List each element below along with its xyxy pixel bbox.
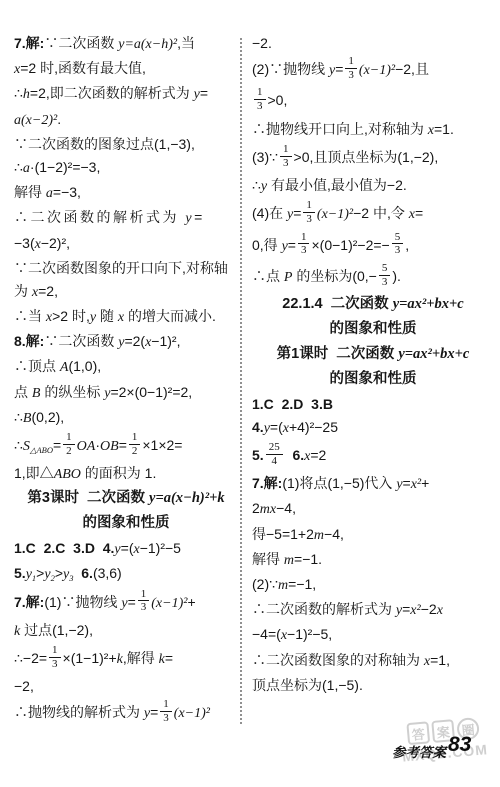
bold-run: 第3课时 二次函数 bbox=[27, 490, 149, 506]
text-run bbox=[95, 540, 103, 556]
math-run: (x−1)² bbox=[359, 63, 395, 78]
text-run: ∴顶点 bbox=[14, 358, 60, 374]
math-run: a(x−2)² bbox=[14, 113, 57, 128]
answer-line: 4.y=(x+4)²−25 bbox=[252, 418, 494, 438]
math-run: y=a(x−h)² bbox=[118, 37, 177, 52]
text-run: ,解得 bbox=[123, 650, 159, 666]
answer-line: ∵二次函数的图象过点(1,−3), bbox=[14, 135, 238, 153]
answer-line: 7.解:∵二次函数 y=a(x−h)²,当 bbox=[14, 34, 238, 54]
answer-line: ∴抛物线的解析式为 y=13(x−1)² bbox=[14, 700, 238, 726]
text-run bbox=[65, 540, 73, 556]
answer-line: ∴当 x>2 时,y 随 x 的增大而减小. bbox=[14, 307, 238, 327]
fraction: 12 bbox=[129, 431, 141, 457]
answer-line: ∴抛物线开口向上,对称轴为 x=1. bbox=[252, 120, 494, 140]
fraction-numerator: 25 bbox=[266, 441, 283, 455]
bold-run: 22.1.4 二次函数 bbox=[282, 296, 392, 312]
text-run: ×(0−1)²−2=− bbox=[311, 237, 389, 253]
text-run: ·(1−2)²=−3, bbox=[30, 159, 100, 175]
math-run: y=ax²+bx+c bbox=[398, 346, 469, 362]
fraction-numerator: 1 bbox=[138, 588, 150, 602]
footer-label: 参考答案 bbox=[392, 741, 446, 761]
bold-run: 的图象和性质 bbox=[330, 321, 417, 337]
text-run: = bbox=[165, 650, 173, 666]
text-run: =1, bbox=[430, 652, 450, 668]
text-run: =1. bbox=[434, 121, 454, 137]
column-divider bbox=[240, 38, 242, 724]
math-run: ABO bbox=[54, 467, 81, 482]
fraction: 12 bbox=[63, 431, 75, 457]
text-run: = bbox=[288, 237, 296, 253]
fraction: 13 bbox=[298, 231, 310, 257]
fraction: 53 bbox=[392, 231, 404, 257]
answer-line: (3)∵13>0,且顶点坐标为(1,−2), bbox=[252, 145, 494, 171]
section-heading: 的图象和性质 bbox=[252, 370, 494, 389]
text-run: 0,得 bbox=[252, 237, 282, 253]
text-run: −2,且 bbox=[395, 61, 429, 77]
text-run: = bbox=[194, 209, 205, 225]
answer-line: ∵二次函数图象的开口向下,对称轴 bbox=[14, 259, 238, 277]
text-run: (1,0), bbox=[68, 358, 101, 374]
fraction-numerator: 1 bbox=[49, 644, 61, 658]
answer-line: 5.y1>y2>y3 6.(3,6) bbox=[14, 564, 238, 584]
bold-run: 4. bbox=[252, 419, 264, 435]
section-heading: 第3课时 二次函数 y=a(x−h)²+k bbox=[14, 489, 238, 508]
text-run: ×(1−1)²+ bbox=[63, 650, 117, 666]
bold-run: 1.C bbox=[252, 396, 274, 412]
fraction-denominator: 3 bbox=[392, 244, 404, 257]
fraction-denominator: 3 bbox=[303, 213, 315, 226]
fraction-denominator: 3 bbox=[379, 276, 391, 289]
text-run: −4, bbox=[324, 526, 344, 542]
bold-run: 3.D bbox=[73, 540, 95, 556]
answer-line: (4)在 y=13(x−1)²−2 中,令 x= bbox=[252, 201, 494, 227]
math-run: m bbox=[278, 578, 288, 593]
text-run: −4, bbox=[276, 500, 296, 516]
text-run: ∴抛物线的解析式为 bbox=[14, 704, 144, 720]
fraction-numerator: 1 bbox=[345, 55, 357, 69]
text-run: = bbox=[293, 205, 301, 221]
fraction-denominator: 3 bbox=[138, 601, 150, 614]
bold-run: 7.解: bbox=[14, 35, 44, 51]
math-run: a bbox=[46, 186, 53, 201]
fraction: 13 bbox=[254, 86, 266, 112]
text-run: = bbox=[403, 475, 411, 491]
fraction: 13 bbox=[280, 143, 292, 169]
text-run: (1)将点(1,−5)代入 bbox=[282, 475, 396, 491]
text-run: 解得 bbox=[252, 551, 284, 567]
math-run: y=a(x−h)²+k bbox=[149, 490, 225, 506]
text-run: (1)∵抛物线 bbox=[44, 593, 121, 609]
text-run: 解得 bbox=[14, 184, 46, 200]
text-run: ×1×2= bbox=[142, 437, 182, 453]
bold-run: 6. bbox=[81, 565, 93, 581]
answer-line: −4=(x−1)²−5, bbox=[252, 625, 494, 645]
text-run: −1)²−5 bbox=[140, 540, 181, 556]
answer-line: 1.C 2.D 3.B bbox=[252, 395, 494, 413]
text-run: ∴−2= bbox=[14, 650, 47, 666]
bold-run: 7.解: bbox=[14, 593, 44, 609]
text-run: =2 时,函数有最大值, bbox=[20, 60, 146, 76]
text-run: = bbox=[53, 437, 61, 453]
answer-line: 顶点坐标为(1,−5). bbox=[252, 676, 494, 694]
text-run: ∴二次函数的解析式为 bbox=[14, 209, 185, 225]
text-run: 的面积为 1. bbox=[81, 465, 156, 481]
text-run: = bbox=[200, 85, 208, 101]
text-run: ∴抛物线开口向上,对称轴为 bbox=[252, 121, 428, 137]
answer-line: 2mx−4, bbox=[252, 499, 494, 519]
fraction-denominator: 3 bbox=[254, 100, 266, 113]
bold-run: 5. bbox=[252, 447, 264, 463]
text-run: =−1, bbox=[288, 576, 316, 592]
answer-line: ∴B(0,2), bbox=[14, 408, 238, 428]
text-run: >2 时, bbox=[52, 308, 90, 324]
text-run: 点 bbox=[14, 384, 32, 400]
answers-column-right: −2.(2)∵抛物线 y=13(x−1)²−2,且13>0,∴抛物线开口向上,对… bbox=[252, 34, 494, 699]
fraction-denominator: 3 bbox=[160, 712, 172, 725]
fraction: 13 bbox=[49, 644, 61, 670]
answer-line: k 过点(1,−2), bbox=[14, 621, 238, 641]
fraction-numerator: 1 bbox=[303, 199, 315, 213]
text-run: = bbox=[150, 704, 158, 720]
fraction: 13 bbox=[345, 55, 357, 81]
answer-line: ∴−2=13×(1−1)²+k,解得 k= bbox=[14, 646, 238, 672]
text-run: ∴二次函数图象的对称轴为 bbox=[252, 652, 424, 668]
text-run: + bbox=[421, 475, 429, 491]
text-run: + bbox=[187, 593, 195, 609]
bold-run: 6. bbox=[292, 447, 304, 463]
text-run: =2, bbox=[38, 283, 58, 299]
text-run: =2,即二次函数的解析式为 bbox=[30, 85, 194, 101]
text-run: (0,2), bbox=[31, 409, 64, 425]
answer-line: 为 x=2, bbox=[14, 282, 238, 302]
text-run: 的纵坐标 bbox=[40, 384, 104, 400]
fraction-denominator: 3 bbox=[298, 244, 310, 257]
answer-line: a(x−2)². bbox=[14, 110, 238, 130]
math-run: y bbox=[185, 211, 194, 226]
text-run: 随 bbox=[96, 308, 118, 324]
fraction: 13 bbox=[303, 199, 315, 225]
answer-line: −2, bbox=[14, 677, 238, 695]
answer-line: 1,即△ABO 的面积为 1. bbox=[14, 464, 238, 484]
fraction: 53 bbox=[379, 262, 391, 288]
text-run: (4)在 bbox=[252, 205, 287, 221]
text-run: ∴点 bbox=[252, 268, 284, 284]
text-run: ∴ bbox=[14, 85, 23, 101]
page-number: 83 bbox=[448, 733, 471, 757]
math-run: y=ax²+bx+c bbox=[393, 296, 464, 312]
bold-run: 2.C bbox=[44, 540, 66, 556]
answer-line: ∴S△ABO=12OA·OB=12×1×2= bbox=[14, 433, 238, 459]
text-run: −2. bbox=[252, 35, 272, 51]
fraction-numerator: 5 bbox=[392, 231, 404, 245]
text-run: −2)², bbox=[41, 235, 70, 251]
text-run: 为 bbox=[14, 283, 32, 299]
text-run bbox=[303, 396, 311, 412]
text-run: 顶点坐标为(1,−5). bbox=[252, 677, 363, 693]
math-run: x bbox=[437, 603, 443, 618]
section-heading: 的图象和性质 bbox=[14, 514, 238, 533]
text-run: (2)∵抛物线 bbox=[252, 61, 329, 77]
text-run: =2×(0−1)²=2, bbox=[110, 384, 192, 400]
text-run: =( bbox=[121, 540, 134, 556]
math-run: x² bbox=[411, 477, 421, 492]
text-run: . bbox=[57, 111, 61, 127]
text-run: ∵二次函数 bbox=[44, 35, 118, 51]
text-run: −1)²−5, bbox=[287, 626, 332, 642]
text-run: 过点(1,−2), bbox=[20, 622, 93, 638]
text-run: ∴二次函数的解析式为 bbox=[252, 601, 396, 617]
text-run: −3( bbox=[14, 235, 35, 251]
answer-line: ∴y 有最小值,最小值为−2. bbox=[252, 176, 494, 196]
answer-line: 7.解:(1)∵抛物线 y=13(x−1)²+ bbox=[14, 590, 238, 616]
text-run: =2 bbox=[310, 447, 326, 463]
answer-line: 得−5=1+2m−4, bbox=[252, 525, 494, 545]
text-run: >0,且顶点坐标为(1,−2), bbox=[294, 149, 439, 165]
fraction-numerator: 1 bbox=[280, 143, 292, 157]
text-run: ∵二次函数的图象过点(1,−3), bbox=[14, 136, 195, 152]
bold-run: 5. bbox=[14, 565, 26, 581]
math-run: (x−1)² bbox=[317, 207, 353, 222]
text-run: −1)², bbox=[151, 333, 180, 349]
section-heading: 第1课时 二次函数 y=ax²+bx+c bbox=[252, 345, 494, 364]
fraction-numerator: 1 bbox=[160, 698, 172, 712]
text-run: ∵二次函数 bbox=[44, 333, 118, 349]
math-run: (x−1)² bbox=[151, 595, 187, 610]
fraction-denominator: 3 bbox=[345, 69, 357, 82]
fraction: 13 bbox=[160, 698, 172, 724]
fraction: 254 bbox=[266, 441, 283, 467]
answer-line: 0,得 y=13×(0−1)²−2=−53, bbox=[252, 233, 494, 259]
text-run: = bbox=[415, 205, 423, 221]
text-run: 的坐标为(0,− bbox=[292, 268, 376, 284]
fraction: 13 bbox=[138, 588, 150, 614]
section-heading: 的图象和性质 bbox=[252, 320, 494, 339]
answer-line: 5.254 6.x=2 bbox=[252, 443, 494, 469]
fraction-denominator: 3 bbox=[280, 157, 292, 170]
answer-line: ∴顶点 A(1,0), bbox=[14, 357, 238, 377]
bold-run: 7.解: bbox=[252, 475, 282, 491]
answer-line: (2)∵m=−1, bbox=[252, 575, 494, 595]
text-run: = bbox=[128, 593, 136, 609]
text-run bbox=[274, 396, 282, 412]
bold-run: 的图象和性质 bbox=[330, 371, 417, 387]
text-run: ,当 bbox=[177, 35, 195, 51]
answers-column-left: 7.解:∵二次函数 y=a(x−h)²,当x=2 时,函数有最大值,∴h=2,即… bbox=[14, 34, 238, 732]
fraction-numerator: 1 bbox=[63, 431, 75, 445]
answer-line: x=2 时,函数有最大值, bbox=[14, 59, 238, 79]
math-run: OB bbox=[100, 439, 119, 454]
answer-line: ∴二次函数图象的对称轴为 x=1, bbox=[252, 651, 494, 671]
answer-line: ∴二次函数的解析式为 y=x²−2x bbox=[252, 600, 494, 620]
fraction-numerator: 1 bbox=[298, 231, 310, 245]
answer-line: 点 B 的纵坐标 y=2×(0−1)²=2, bbox=[14, 383, 238, 403]
text-run: −2 bbox=[421, 601, 437, 617]
text-run: , bbox=[405, 237, 409, 253]
text-run: ∴ bbox=[14, 159, 23, 175]
answer-line: −3(x−2)², bbox=[14, 234, 238, 254]
math-run: m bbox=[284, 553, 294, 568]
text-run: (3)∵ bbox=[252, 149, 278, 165]
fraction-numerator: 1 bbox=[129, 431, 141, 445]
subscript-run: △ABO bbox=[30, 445, 53, 455]
answer-line: −2. bbox=[252, 34, 494, 52]
text-run: > bbox=[55, 565, 63, 581]
bold-run: 2.D bbox=[282, 396, 304, 412]
fraction-denominator: 3 bbox=[49, 658, 61, 671]
math-run: S bbox=[23, 439, 30, 454]
text-run: =2( bbox=[124, 333, 145, 349]
text-run: ∴ bbox=[14, 437, 23, 453]
answer-line: 13>0, bbox=[252, 88, 494, 114]
text-run: ∵二次函数图象的开口向下,对称轴 bbox=[14, 260, 228, 276]
text-run: −2 中,令 bbox=[353, 205, 409, 221]
text-run: =−3, bbox=[53, 184, 81, 200]
text-run: 2 bbox=[252, 500, 260, 516]
text-run: >0, bbox=[268, 92, 288, 108]
bold-run: 1.C bbox=[14, 540, 36, 556]
fraction-numerator: 1 bbox=[254, 86, 266, 100]
text-run: 1,即△ bbox=[14, 465, 54, 481]
answer-line: ∴a·(1−2)²=−3, bbox=[14, 158, 238, 178]
text-run: ∴当 bbox=[14, 308, 46, 324]
text-run: −2, bbox=[14, 678, 34, 694]
text-run: −4=( bbox=[252, 626, 281, 642]
answer-line: 解得 a=−3, bbox=[14, 183, 238, 203]
math-run: a bbox=[23, 161, 30, 176]
fraction-denominator: 4 bbox=[268, 455, 280, 468]
text-run: = bbox=[119, 437, 127, 453]
text-run bbox=[36, 540, 44, 556]
fraction-denominator: 2 bbox=[129, 445, 141, 458]
text-run: 得−5=1+2 bbox=[252, 526, 314, 542]
answer-key-page: 7.解:∵二次函数 y=a(x−h)²,当x=2 时,函数有最大值,∴h=2,即… bbox=[0, 0, 500, 787]
text-run: 的增大而减小. bbox=[124, 308, 216, 324]
bold-run: 的图象和性质 bbox=[83, 515, 170, 531]
answer-line: (2)∵抛物线 y=13(x−1)²−2,且 bbox=[252, 57, 494, 83]
math-run: m bbox=[314, 528, 324, 543]
answer-line: 7.解:(1)将点(1,−5)代入 y=x²+ bbox=[252, 474, 494, 494]
answer-line: 1.C 2.C 3.D 4.y=(x−1)²−5 bbox=[14, 539, 238, 559]
text-run: ∴ bbox=[252, 177, 261, 193]
text-run: ). bbox=[392, 268, 401, 284]
answer-line: ∴点 P 的坐标为(0,−53). bbox=[252, 264, 494, 290]
text-run: ∴ bbox=[14, 409, 23, 425]
answer-line: ∴h=2,即二次函数的解析式为 y= bbox=[14, 84, 238, 104]
answer-line: 8.解:∵二次函数 y=2(x−1)², bbox=[14, 332, 238, 352]
section-heading: 22.1.4 二次函数 y=ax²+bx+c bbox=[252, 295, 494, 314]
math-run: OA bbox=[77, 439, 96, 454]
math-run: x² bbox=[410, 603, 420, 618]
text-run: =−1. bbox=[294, 551, 322, 567]
bold-run: 4. bbox=[103, 540, 115, 556]
bold-run: 8.解: bbox=[14, 333, 44, 349]
text-run: +4)²−25 bbox=[289, 419, 338, 435]
math-run: mx bbox=[260, 502, 276, 517]
text-run: = bbox=[335, 61, 343, 77]
bold-run: 3.B bbox=[311, 396, 333, 412]
text-run: (2)∵ bbox=[252, 576, 278, 592]
fraction-denominator: 2 bbox=[63, 445, 75, 458]
text-run: =( bbox=[270, 419, 283, 435]
answer-line: ∴二次函数的解析式为 y= bbox=[14, 208, 238, 228]
bold-run: 第1课时 二次函数 bbox=[277, 346, 399, 362]
text-run: (3,6) bbox=[93, 565, 122, 581]
answer-line: 解得 m=−1. bbox=[252, 550, 494, 570]
math-run: h bbox=[23, 87, 30, 102]
math-run: (x−1)² bbox=[174, 706, 210, 721]
text-run: 有最小值,最小值为−2. bbox=[267, 177, 407, 193]
fraction-numerator: 5 bbox=[379, 262, 391, 276]
